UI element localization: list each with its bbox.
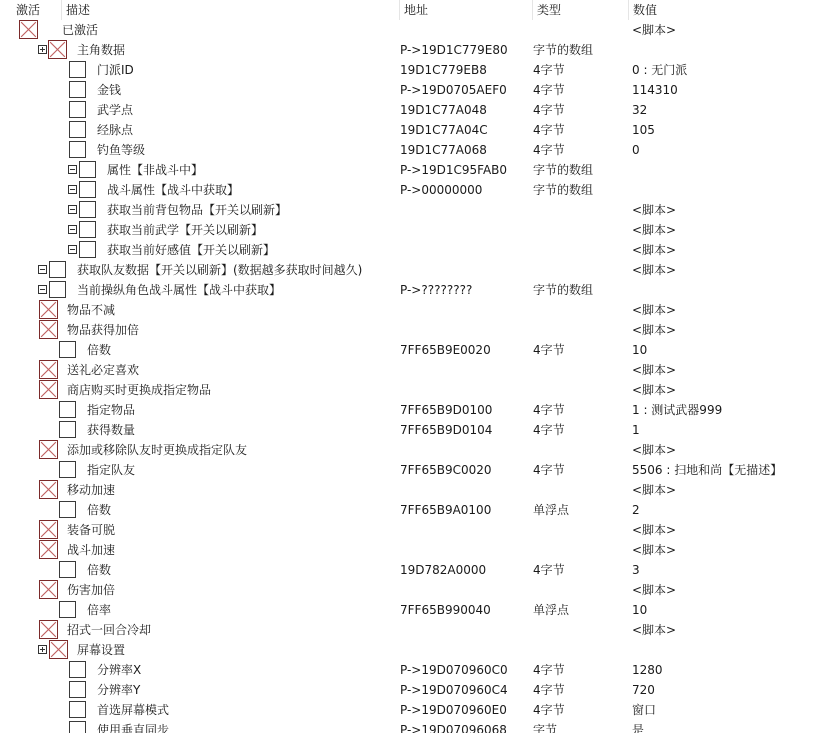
table-row[interactable]: 已激活<脚本>: [0, 20, 826, 40]
description-cell: 倍数: [87, 560, 111, 580]
type-cell: 4字节: [533, 680, 565, 700]
type-cell: 字节的数组: [533, 160, 593, 180]
type-cell: 4字节: [533, 660, 565, 680]
description-cell: 金钱: [97, 80, 121, 100]
table-row[interactable]: 屏幕设置: [0, 640, 826, 660]
value-cell[interactable]: 5506 : 扫地和尚【无描述】: [632, 460, 782, 480]
value-cell[interactable]: 2: [632, 500, 640, 520]
address-cell: 7FF65B9E0020: [400, 340, 491, 360]
type-cell: 单浮点: [533, 600, 569, 620]
address-cell: 19D1C77A04C: [400, 120, 488, 140]
column-header: 激活 描述 地址 类型 数值: [0, 0, 826, 20]
x-check-icon: [40, 381, 57, 398]
value-cell[interactable]: 32: [632, 100, 647, 120]
value-cell[interactable]: <脚本>: [632, 240, 676, 260]
active-checkbox[interactable]: [59, 501, 76, 518]
table-row[interactable]: 指定物品7FF65B9D01004字节1 : 测试武器999: [0, 400, 826, 420]
active-checkbox[interactable]: [49, 640, 68, 659]
address-cell: 7FF65B9D0104: [400, 420, 492, 440]
x-check-icon: [40, 321, 57, 338]
address-cell: P->????????: [400, 280, 472, 300]
active-checkbox[interactable]: [39, 580, 58, 599]
table-row[interactable]: 倍数7FF65B9E00204字节10: [0, 340, 826, 360]
table-row[interactable]: 移动加速<脚本>: [0, 480, 826, 500]
description-cell: 首选屏幕模式: [97, 700, 169, 720]
address-cell: 19D782A0000: [400, 560, 486, 580]
active-checkbox[interactable]: [59, 401, 76, 418]
description-cell: 主角数据: [77, 40, 125, 60]
value-cell[interactable]: 720: [632, 680, 655, 700]
description-cell: 战斗加速: [67, 540, 115, 560]
active-checkbox[interactable]: [69, 121, 86, 138]
active-checkbox[interactable]: [39, 520, 58, 539]
table-row[interactable]: 使用垂直同步P->19D07096068字节是: [0, 720, 826, 733]
active-checkbox[interactable]: [69, 101, 86, 118]
table-row[interactable]: 获取当前好感值【开关以刷新】<脚本>: [0, 240, 826, 260]
address-cell: P->00000000: [400, 180, 482, 200]
table-row[interactable]: 招式一回合冷却<脚本>: [0, 620, 826, 640]
table-row[interactable]: 倍数7FF65B9A0100单浮点2: [0, 500, 826, 520]
type-cell: 4字节: [533, 80, 565, 100]
table-row[interactable]: 商店购买时更换成指定物品<脚本>: [0, 380, 826, 400]
table-row[interactable]: 属性【非战斗中】P->19D1C95FAB0字节的数组: [0, 160, 826, 180]
table-row[interactable]: 装备可脱<脚本>: [0, 520, 826, 540]
x-check-icon: [40, 521, 57, 538]
description-cell: 倍率: [87, 600, 111, 620]
table-row[interactable]: 添加或移除队友时更换成指定队友<脚本>: [0, 440, 826, 460]
value-cell[interactable]: <脚本>: [632, 260, 676, 280]
description-cell: 经脉点: [97, 120, 133, 140]
x-check-icon: [40, 441, 57, 458]
table-row[interactable]: 分辨率XP->19D070960C04字节1280: [0, 660, 826, 680]
active-checkbox[interactable]: [39, 360, 58, 379]
active-checkbox[interactable]: [59, 561, 76, 578]
active-checkbox[interactable]: [49, 261, 66, 278]
description-cell: 倍数: [87, 340, 111, 360]
expand-icon[interactable]: [38, 645, 47, 654]
value-cell[interactable]: <脚本>: [632, 540, 676, 560]
type-cell: 4字节: [533, 120, 565, 140]
active-checkbox[interactable]: [69, 681, 86, 698]
value-cell[interactable]: <脚本>: [632, 320, 676, 340]
active-checkbox[interactable]: [69, 721, 86, 733]
cheat-table: 激活 描述 地址 类型 数值 已激活<脚本>主角数据P->19D1C779E80…: [0, 0, 826, 733]
active-checkbox[interactable]: [59, 341, 76, 358]
table-row[interactable]: 获取当前背包物品【开关以刷新】<脚本>: [0, 200, 826, 220]
description-cell: 使用垂直同步: [97, 720, 169, 733]
value-cell[interactable]: 窗口: [632, 700, 656, 720]
table-row[interactable]: 获取当前武学【开关以刷新】<脚本>: [0, 220, 826, 240]
value-cell[interactable]: 114310: [632, 80, 678, 100]
value-cell[interactable]: <脚本>: [632, 360, 676, 380]
active-checkbox[interactable]: [79, 201, 96, 218]
address-cell: P->19D1C95FAB0: [400, 160, 507, 180]
description-cell: 获取当前好感值【开关以刷新】: [107, 240, 275, 260]
address-cell: 19D1C77A048: [400, 100, 487, 120]
active-checkbox[interactable]: [69, 81, 86, 98]
description-cell: 门派ID: [97, 60, 134, 80]
active-checkbox[interactable]: [59, 461, 76, 478]
table-row[interactable]: 送礼必定喜欢<脚本>: [0, 360, 826, 380]
description-cell: 战斗属性【战斗中获取】: [107, 180, 239, 200]
x-check-icon: [40, 301, 57, 318]
active-checkbox[interactable]: [59, 601, 76, 618]
address-cell: P->19D0705AEF0: [400, 80, 507, 100]
value-cell[interactable]: <脚本>: [632, 380, 676, 400]
description-cell: 添加或移除队友时更换成指定队友: [67, 440, 247, 460]
table-row[interactable]: 金钱P->19D0705AEF04字节114310: [0, 80, 826, 100]
active-checkbox[interactable]: [59, 421, 76, 438]
description-cell: 送礼必定喜欢: [67, 360, 139, 380]
value-cell[interactable]: <脚本>: [632, 440, 676, 460]
active-checkbox[interactable]: [69, 661, 86, 678]
header-active[interactable]: 激活: [12, 0, 62, 20]
active-checkbox[interactable]: [79, 221, 96, 238]
address-cell: 7FF65B9A0100: [400, 500, 491, 520]
x-check-icon: [40, 581, 57, 598]
description-cell: 当前操纵角色战斗属性【战斗中获取】: [77, 280, 281, 300]
active-checkbox[interactable]: [39, 540, 58, 559]
type-cell: 字节的数组: [533, 40, 593, 60]
address-cell: P->19D070960E0: [400, 700, 507, 720]
value-cell[interactable]: 0 : 无门派: [632, 60, 687, 80]
value-cell[interactable]: 10: [632, 340, 647, 360]
active-checkbox[interactable]: [49, 281, 66, 298]
type-cell: 字节: [533, 720, 557, 733]
collapse-icon[interactable]: [68, 225, 77, 234]
value-cell[interactable]: 是: [632, 720, 644, 733]
table-row[interactable]: 主角数据P->19D1C779E80字节的数组: [0, 40, 826, 60]
address-cell: 19D1C779EB8: [400, 60, 487, 80]
x-check-icon: [20, 21, 37, 38]
description-cell: 指定队友: [87, 460, 135, 480]
type-cell: 4字节: [533, 560, 565, 580]
value-cell[interactable]: 0: [632, 140, 640, 160]
description-cell: 钓鱼等级: [97, 140, 145, 160]
value-cell[interactable]: 3: [632, 560, 640, 580]
collapse-icon[interactable]: [38, 265, 47, 274]
table-row[interactable]: 钓鱼等级19D1C77A0684字节0: [0, 140, 826, 160]
table-row[interactable]: 获取队友数据【开关以刷新】(数据越多获取时间越久)<脚本>: [0, 260, 826, 280]
description-cell: 物品不减: [67, 300, 115, 320]
description-cell: 装备可脱: [67, 520, 115, 540]
x-check-icon: [40, 621, 57, 638]
value-cell[interactable]: 10: [632, 600, 647, 620]
table-row[interactable]: 武学点19D1C77A0484字节32: [0, 100, 826, 120]
table-row[interactable]: 物品不减<脚本>: [0, 300, 826, 320]
table-row[interactable]: 获得数量7FF65B9D01044字节1: [0, 420, 826, 440]
table-row[interactable]: 战斗加速<脚本>: [0, 540, 826, 560]
value-cell[interactable]: 1 : 测试武器999: [632, 400, 722, 420]
description-cell: 招式一回合冷却: [67, 620, 151, 640]
description-cell: 分辨率Y: [97, 680, 140, 700]
value-cell[interactable]: <脚本>: [632, 300, 676, 320]
active-checkbox[interactable]: [39, 320, 58, 339]
active-checkbox[interactable]: [39, 440, 58, 459]
type-cell: 4字节: [533, 60, 565, 80]
description-cell: 商店购买时更换成指定物品: [67, 380, 211, 400]
description-cell: 指定物品: [87, 400, 135, 420]
table-row[interactable]: 物品获得加倍<脚本>: [0, 320, 826, 340]
table-row[interactable]: 首选屏幕模式P->19D070960E04字节窗口: [0, 700, 826, 720]
active-checkbox[interactable]: [39, 300, 58, 319]
table-row[interactable]: 伤害加倍<脚本>: [0, 580, 826, 600]
address-cell: 7FF65B9C0020: [400, 460, 492, 480]
table-row[interactable]: 战斗属性【战斗中获取】P->00000000字节的数组: [0, 180, 826, 200]
type-cell: 字节的数组: [533, 180, 593, 200]
header-value[interactable]: 数值: [629, 0, 826, 20]
header-description[interactable]: 描述: [62, 0, 400, 20]
active-checkbox[interactable]: [39, 480, 58, 499]
table-row[interactable]: 分辨率YP->19D070960C44字节720: [0, 680, 826, 700]
type-cell: 4字节: [533, 100, 565, 120]
description-cell: 属性【非战斗中】: [107, 160, 203, 180]
value-cell[interactable]: <脚本>: [632, 620, 676, 640]
x-check-icon: [40, 481, 57, 498]
active-checkbox[interactable]: [69, 701, 86, 718]
description-cell: 获取当前背包物品【开关以刷新】: [107, 200, 287, 220]
type-cell: 4字节: [533, 400, 565, 420]
type-cell: 4字节: [533, 340, 565, 360]
description-cell: 获得数量: [87, 420, 135, 440]
active-checkbox[interactable]: [79, 181, 96, 198]
address-cell: 7FF65B990040: [400, 600, 491, 620]
type-cell: 单浮点: [533, 500, 569, 520]
table-row[interactable]: 倍率7FF65B990040单浮点10: [0, 600, 826, 620]
collapse-icon[interactable]: [68, 205, 77, 214]
address-cell: P->19D070960C4: [400, 680, 508, 700]
type-cell: 4字节: [533, 420, 565, 440]
x-check-icon: [40, 361, 57, 378]
header-address[interactable]: 地址: [400, 0, 533, 20]
description-cell: 伤害加倍: [67, 580, 115, 600]
value-cell[interactable]: <脚本>: [632, 220, 676, 240]
x-check-icon: [49, 41, 66, 58]
collapse-icon[interactable]: [38, 285, 47, 294]
collapse-icon[interactable]: [68, 185, 77, 194]
address-cell: P->19D07096068: [400, 720, 507, 733]
type-cell: 4字节: [533, 140, 565, 160]
address-cell: 19D1C77A068: [400, 140, 487, 160]
active-checkbox[interactable]: [39, 380, 58, 399]
description-cell: 已激活: [62, 20, 98, 40]
value-cell[interactable]: <脚本>: [632, 200, 676, 220]
value-cell[interactable]: 1280: [632, 660, 663, 680]
collapse-icon[interactable]: [68, 165, 77, 174]
description-cell: 移动加速: [67, 480, 115, 500]
address-cell: P->19D070960C0: [400, 660, 508, 680]
x-check-icon: [50, 641, 67, 658]
table-row[interactable]: 倍数19D782A00004字节3: [0, 560, 826, 580]
description-cell: 分辨率X: [97, 660, 141, 680]
table-row[interactable]: 门派ID19D1C779EB84字节0 : 无门派: [0, 60, 826, 80]
expand-icon[interactable]: [38, 45, 47, 54]
value-cell[interactable]: <脚本>: [632, 580, 676, 600]
description-cell: 获取当前武学【开关以刷新】: [107, 220, 263, 240]
x-check-icon: [40, 541, 57, 558]
active-checkbox[interactable]: [79, 161, 96, 178]
address-cell: P->19D1C779E80: [400, 40, 508, 60]
active-checkbox[interactable]: [69, 61, 86, 78]
description-cell: 物品获得加倍: [67, 320, 139, 340]
description-cell: 倍数: [87, 500, 111, 520]
active-checkbox[interactable]: [48, 40, 67, 59]
header-type[interactable]: 类型: [533, 0, 629, 20]
type-cell: 4字节: [533, 700, 565, 720]
value-cell[interactable]: <脚本>: [632, 20, 676, 40]
address-cell: 7FF65B9D0100: [400, 400, 492, 420]
description-cell: 屏幕设置: [77, 640, 125, 660]
active-checkbox[interactable]: [79, 241, 96, 258]
value-cell[interactable]: <脚本>: [632, 480, 676, 500]
collapse-icon[interactable]: [68, 245, 77, 254]
description-cell: 武学点: [97, 100, 133, 120]
description-cell: 获取队友数据【开关以刷新】(数据越多获取时间越久): [77, 260, 362, 280]
active-checkbox[interactable]: [69, 141, 86, 158]
value-cell[interactable]: 1: [632, 420, 640, 440]
table-row[interactable]: 经脉点19D1C77A04C4字节105: [0, 120, 826, 140]
value-cell[interactable]: 105: [632, 120, 655, 140]
active-checkbox[interactable]: [19, 20, 38, 39]
table-row[interactable]: 当前操纵角色战斗属性【战斗中获取】P->????????字节的数组: [0, 280, 826, 300]
type-cell: 4字节: [533, 460, 565, 480]
value-cell[interactable]: <脚本>: [632, 520, 676, 540]
type-cell: 字节的数组: [533, 280, 593, 300]
active-checkbox[interactable]: [39, 620, 58, 639]
table-row[interactable]: 指定队友7FF65B9C00204字节5506 : 扫地和尚【无描述】: [0, 460, 826, 480]
